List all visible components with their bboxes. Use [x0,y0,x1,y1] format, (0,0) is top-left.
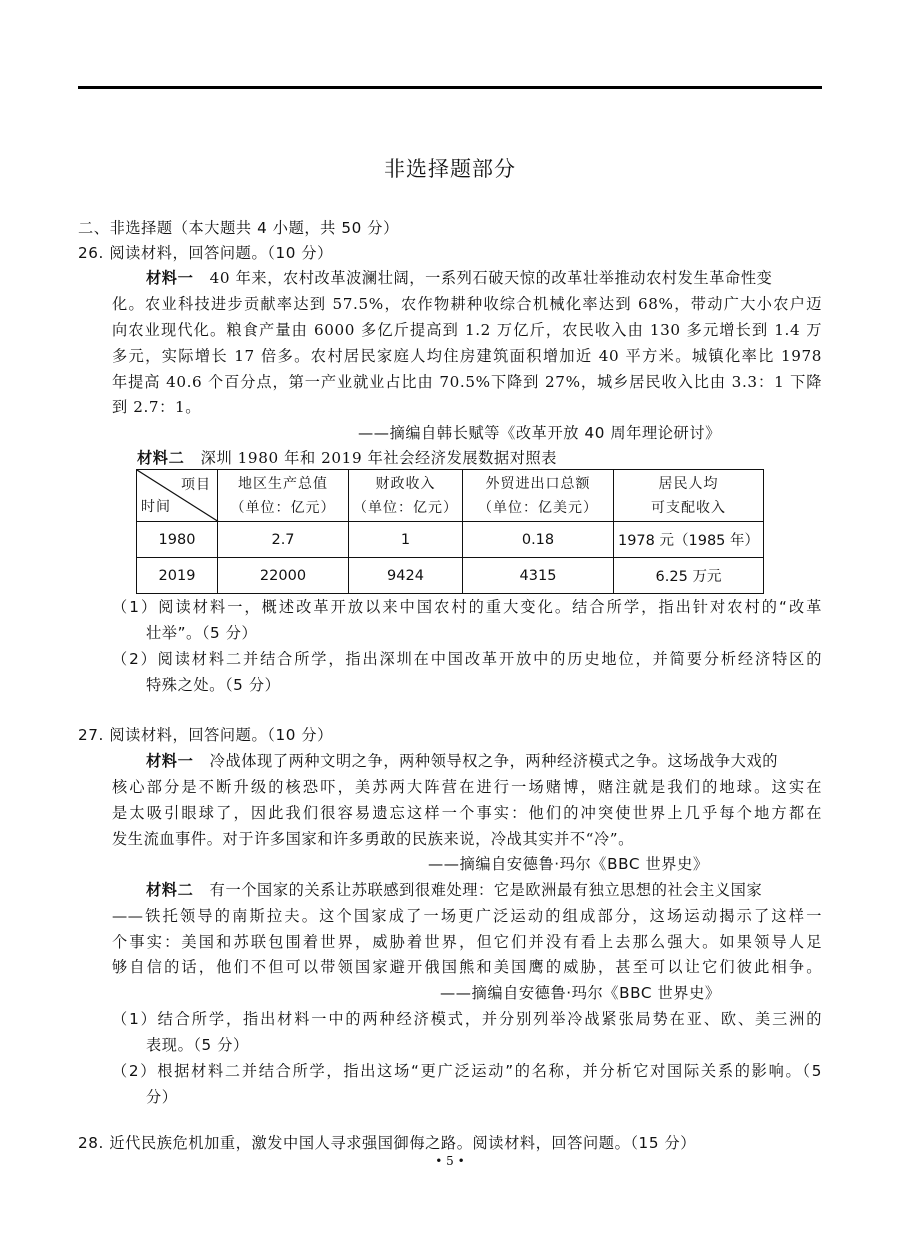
q26-material1-line: 年提高 40.6 个百分点，第一产业就业占比由 70.5%下降到 27%，城乡居… [112,372,822,392]
table-header-cell: 财政收入 （单位：亿元） [349,470,463,522]
table-cell: 6.25 万元 [614,558,764,594]
table-cell: 22000 [218,558,349,594]
page-number: • 5 • [0,1154,900,1168]
table-header-row: 项目 时间 地区生产总值 （单位：亿元） 财政收入 （单位：亿元） 外贸进出口总… [137,470,764,522]
q26-material2-caption: 材料二 深圳 1980 年和 2019 年社会经济发展数据对照表 [137,448,557,468]
q26-question-2: （2）阅读材料二并结合所学，指出深圳在中国改革开放中的历史地位，并简要分析经济特… [112,649,822,669]
q27-material1-line: 发生流血事件。对于许多国家和许多勇敢的民族来说，冷战其实并不“冷”。 [112,829,634,849]
q26-material1-line: 材料一 40 年来，农村改革波澜壮阔，一系列石破天惊的改革壮举推动农村发生革命性… [146,268,822,288]
material-label: 材料一 [146,752,193,770]
q27-material2-line: 够自信的话，他们不但可以带领国家避开俄国熊和美国鹰的威胁，甚至可以让它们彼此相争… [112,957,822,977]
table-cell: 0.18 [463,522,614,558]
q26-material1-line: 多元，实际增长 17 倍多。农村居民家庭人均住房建筑面积增加近 40 平方米。城… [112,346,822,366]
q27-material1-line: 核心部分是不断升级的核恐吓，美苏两大阵营在进行一场赌博，赌注就是我们的地球。这实… [112,777,822,797]
table-cell-year: 1980 [137,522,218,558]
q26-material1-line: 向农业现代化。粮食产量由 6000 多亿斤提高到 1.2 万亿斤，农民收入由 1… [112,320,822,340]
q26-question-2-cont: 特殊之处。（5 分） [146,675,280,695]
q27-material2-line: 个事实：美国和苏联包围着世界，威胁着世界，但它们并没有看上去那么强大。如果领导人… [112,932,822,952]
q27-material2-line: ——铁托领导的南斯拉夫。这个国家成了一场更广泛运动的组成部分，这场运动揭示了这样… [112,906,822,926]
q26-material1-source: ——摘编自韩长赋等《改革开放 40 周年理论研讨》 [358,423,721,443]
shenzhen-data-table: 项目 时间 地区生产总值 （单位：亿元） 财政收入 （单位：亿元） 外贸进出口总… [136,469,764,594]
header-rule [78,86,822,89]
section-heading: 二、非选择题（本大题共 4 小题，共 50 分） [78,218,399,238]
table-row: 2019 22000 9424 4315 6.25 万元 [137,558,764,594]
q28-heading: 28. 近代民族危机加重，激发中国人寻求强国御侮之路。阅读材料，回答问题。（15… [78,1133,696,1153]
q27-material2-source: ——摘编自安德鲁·玛尔《BBC 世界史》 [440,983,721,1003]
table-row: 1980 2.7 1 0.18 1978 元（1985 年） [137,522,764,558]
table-cell: 2.7 [218,522,349,558]
q26-question-1-cont: 壮举”。（5 分） [146,623,257,643]
q27-heading: 27. 阅读材料，回答问题。（10 分） [78,725,333,745]
table-cell: 9424 [349,558,463,594]
material-label: 材料一 [146,269,193,287]
q27-material2-line: 材料二 有一个国家的关系让苏联感到很难处理：它是欧洲最有独立思想的社会主义国家 [146,880,822,900]
q26-heading: 26. 阅读材料，回答问题。（10 分） [78,243,333,263]
table-cell: 1978 元（1985 年） [614,522,764,558]
page-title: 非选择题部分 [0,153,900,183]
table-cell-year: 2019 [137,558,218,594]
table-corner-cell: 项目 时间 [137,470,218,522]
table-header-cell: 外贸进出口总额 （单位：亿美元） [463,470,614,522]
table-header-cell: 居民人均 可支配收入 [614,470,764,522]
table-cell: 1 [349,522,463,558]
material-label: 材料二 [137,449,184,467]
q27-question-1-cont: 表现。（5 分） [146,1035,249,1055]
q26-question-1: （1）阅读材料一，概述改革开放以来中国农村的重大变化。结合所学，指出针对农村的“… [112,597,822,617]
q27-material1-line: 材料一 冷战体现了两种文明之争，两种领导权之争，两种经济模式之争。这场战争大戏的 [146,751,822,771]
table-header-cell: 地区生产总值 （单位：亿元） [218,470,349,522]
material-label: 材料二 [146,881,193,899]
q27-material1-line: 是太吸引眼球了，因此我们很容易遗忘这样一个事实：他们的冲突使世界上几乎每个地方都… [112,803,822,823]
table-cell: 4315 [463,558,614,594]
q27-question-2-cont: 分） [146,1087,178,1107]
q26-material1-line: 到 2.7：1。 [112,397,201,417]
q27-material1-source: ——摘编自安德鲁·玛尔《BBC 世界史》 [428,854,709,874]
q27-question-1: （1）结合所学，指出材料一中的两种经济模式，并分别列举冷战紧张局势在亚、欧、美三… [112,1009,822,1029]
q27-question-2: （2）根据材料二并结合所学，指出这场“更广泛运动”的名称，并分析它对国际关系的影… [112,1061,822,1081]
q26-material1-line: 化。农业科技进步贡献率达到 57.5%，农作物耕种收综合机械化率达到 68%，带… [112,294,822,314]
